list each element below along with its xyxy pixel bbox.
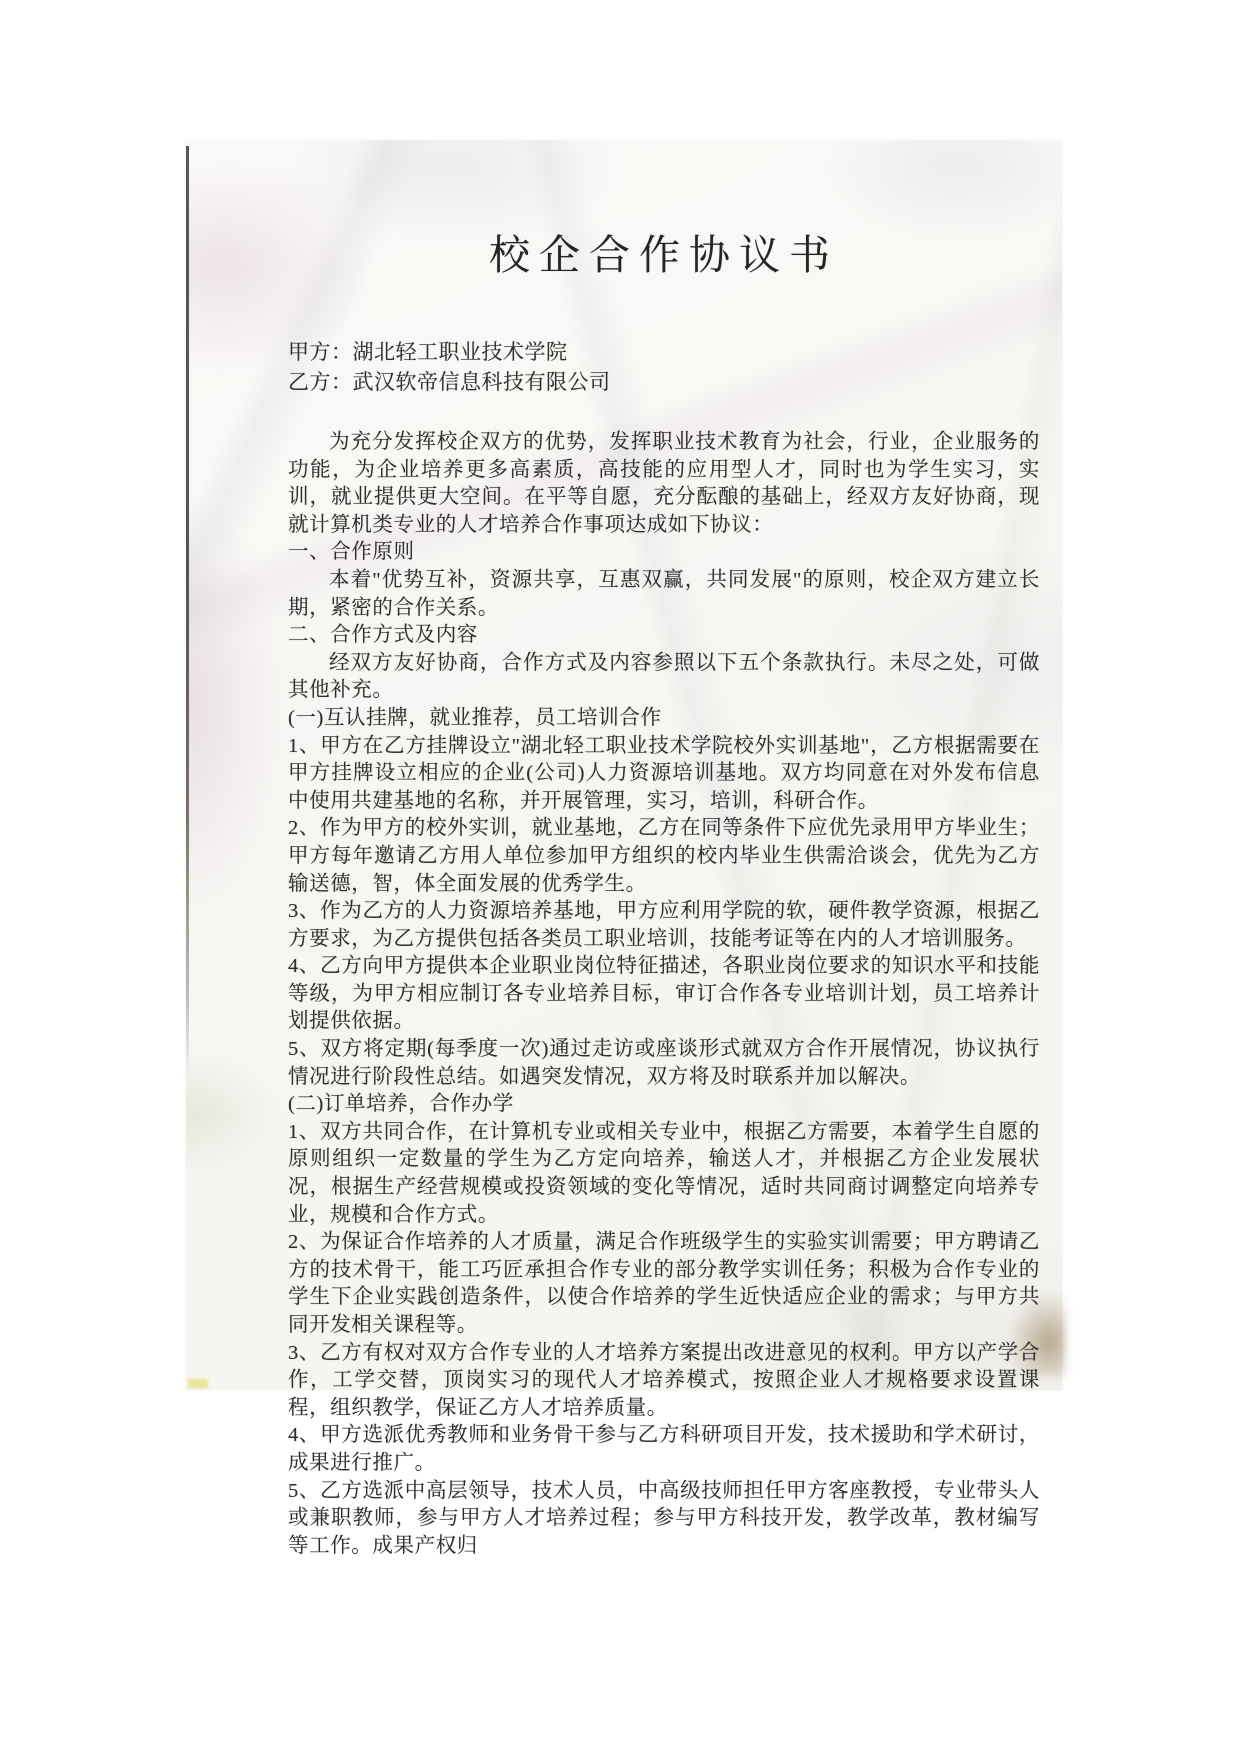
section-1-body: 本着"优势互补，资源共享，互惠双赢，共同发展"的原则，校企双方建立长期，紧密的合…	[288, 567, 1040, 622]
section-2-heading: 二、合作方式及内容	[288, 622, 1040, 650]
clause-2-item-4: 4、甲方选派优秀教师和业务骨干参与乙方科研项目开发，技术援助和学术研讨，成果进行…	[288, 1422, 1040, 1477]
clause-2-heading: (二)订单培养，合作办学	[288, 1091, 1040, 1119]
party-b-line: 乙方：武汉软帝信息科技有限公司	[288, 367, 1040, 397]
clause-1-item-4: 4、乙方向甲方提供本企业职业岗位特征描述，各职业岗位要求的知识水平和技能等级，为…	[288, 953, 1040, 1036]
section-1-heading: 一、合作原则	[288, 539, 1040, 567]
clause-2-item-2: 2、为保证合作培养的人才质量，满足合作班级学生的实验实训需要；甲方聘请乙方的技术…	[288, 1229, 1040, 1339]
document-title: 校企合作协议书	[288, 222, 1040, 281]
clause-1-item-1: 1、甲方在乙方挂牌设立"湖北轻工职业技术学院校外实训基地"，乙方根据需要在甲方挂…	[288, 733, 1040, 816]
scan-fleck	[188, 1379, 208, 1388]
document-content: 校企合作协议书 甲方：湖北轻工职业技术学院 乙方：武汉软帝信息科技有限公司 为充…	[288, 140, 1040, 1560]
intro-paragraph: 为充分发挥校企双方的优势，发挥职业技术教育为社会，行业，企业服务的功能，为企业培…	[288, 429, 1040, 539]
paper-left-edge-shadow	[186, 146, 189, 1076]
scanned-page: 校企合作协议书 甲方：湖北轻工职业技术学院 乙方：武汉软帝信息科技有限公司 为充…	[186, 140, 1062, 1390]
section-2-body: 经双方友好协商，合作方式及内容参照以下五个条款执行。未尽之处，可做其他补充。	[288, 650, 1040, 705]
clause-2-item-1: 1、双方共同合作，在计算机专业或相关专业中，根据乙方需要，本着学生自愿的原则组织…	[288, 1119, 1040, 1229]
clause-1-item-3: 3、作为乙方的人力资源培养基地，甲方应利用学院的软，硬件教学资源，根据乙方要求，…	[288, 898, 1040, 953]
party-a-line: 甲方：湖北轻工职业技术学院	[288, 337, 1040, 367]
clause-1-heading: (一)互认挂牌，就业推荐，员工培训合作	[288, 705, 1040, 733]
agreement-body: 为充分发挥校企双方的优势，发挥职业技术教育为社会，行业，企业服务的功能，为企业培…	[288, 429, 1040, 1560]
scan-background: 校企合作协议书 甲方：湖北轻工职业技术学院 乙方：武汉软帝信息科技有限公司 为充…	[0, 0, 1242, 1755]
clause-1-item-5: 5、双方将定期(每季度一次)通过走访或座谈形式就双方合作开展情况，协议执行情况进…	[288, 1036, 1040, 1091]
clause-2-item-5: 5、乙方选派中高层领导，技术人员，中高级技师担任甲方客座教授，专业带头人或兼职教…	[288, 1478, 1040, 1561]
clause-1-item-2: 2、作为甲方的校外实训，就业基地，乙方在同等条件下应优先录用甲方毕业生；甲方每年…	[288, 815, 1040, 898]
clause-2-item-3: 3、乙方有权对双方合作专业的人才培养方案提出改进意见的权利。甲方以产学合作，工学…	[288, 1340, 1040, 1423]
parties-block: 甲方：湖北轻工职业技术学院 乙方：武汉软帝信息科技有限公司	[288, 337, 1040, 397]
